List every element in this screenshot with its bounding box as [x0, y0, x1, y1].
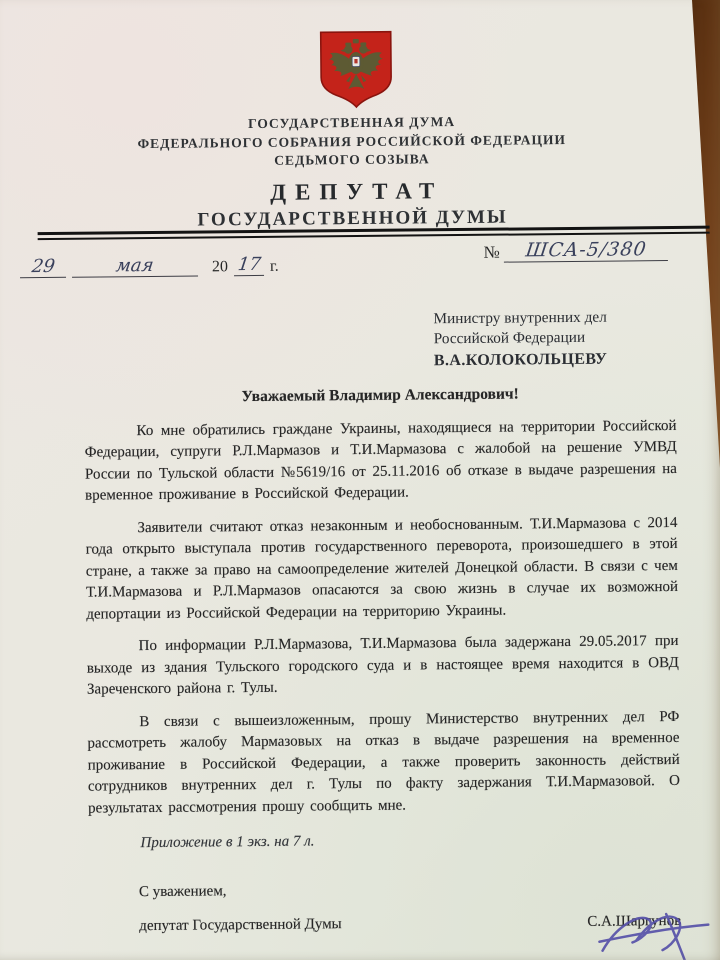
addressee-name: В.А.КОЛОКОЛЬЦЕВУ [434, 350, 608, 372]
date-year-handwritten: 17 [236, 254, 262, 275]
paragraph-4: В связи с вышеизложенным, прошу Министер… [87, 706, 680, 819]
letter-body: Уважаемый Владимир Александрович! Ко мне… [84, 382, 681, 938]
addressee-line2: Российской Федерации [434, 328, 608, 350]
letterhead-title: ДЕПУТАТ [0, 175, 707, 208]
date-year-suffix: г. [270, 258, 279, 276]
paragraph-2: Заявители считают отказ незаконным и нео… [85, 512, 678, 625]
addressee-block: Министру внутренних дел Российской Федер… [433, 308, 607, 372]
letter-page: ГОСУДАРСТВЕННАЯ ДУМА ФЕДЕРАЛЬНОГО СОБРАН… [0, 0, 720, 960]
paragraph-1: Ко мне обратились граждане Украины, нахо… [84, 415, 677, 507]
russia-coat-of-arms-icon [317, 29, 396, 112]
letter-photo: ГОСУДАРСТВЕННАЯ ДУМА ФЕДЕРАЛЬНОГО СОБРАН… [0, 0, 720, 960]
letterhead: ГОСУДАРСТВЕННАЯ ДУМА ФЕДЕРАЛЬНОГО СОБРАН… [0, 111, 708, 233]
closing-block: С уважением, депутат Государственной Дум… [89, 876, 682, 938]
addressee-line1: Министру внутренних дел [433, 308, 607, 330]
closing-position: депутат Государственной Думы [139, 914, 342, 937]
date-year-printed: 20 [212, 258, 228, 276]
date-month-handwritten: мая [115, 255, 155, 276]
number-label: № [483, 243, 499, 263]
salutation: Уважаемый Владимир Александрович! [84, 382, 676, 409]
handwritten-signature [596, 910, 714, 960]
paragraph-3: По информации Р.Л.Мармазова, Т.И.Мармазо… [86, 631, 679, 701]
attachment-note: Приложение в 1 экз. на 7 л. [88, 828, 680, 855]
date-number-row: 29 мая 2017 г. № ШСА-5/380 [20, 249, 668, 278]
date-day-blank: 29 [20, 256, 66, 278]
number-field: № ШСА-5/380 [483, 238, 667, 263]
date-field: 29 мая 2017 г. [20, 254, 279, 278]
number-handwritten: ШСА-5/380 [524, 238, 648, 261]
date-month-blank: мая [72, 255, 198, 278]
date-year-blank: 17 [234, 254, 264, 276]
date-day-handwritten: 29 [30, 256, 56, 277]
number-blank: ШСА-5/380 [504, 238, 668, 263]
closing-regards: С уважением, [139, 876, 681, 903]
